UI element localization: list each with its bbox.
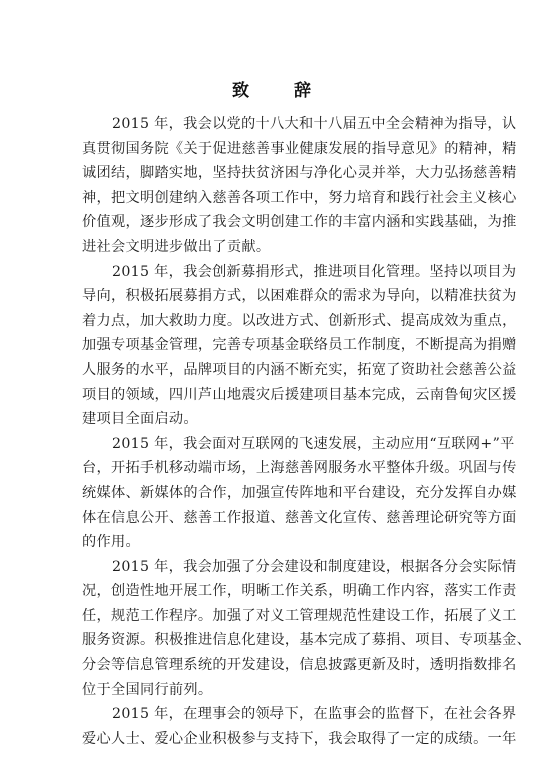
text-line: 进社会文明进步做出了贡献。 xyxy=(82,235,462,260)
text-line: 分会等信息管理系统的开发建设，信息披露更新及时，透明指数排名 xyxy=(82,653,462,678)
text-line: 建项目全面启动。 xyxy=(82,407,462,432)
text-line: 体在信息公开、慈善工作报道、慈善文化宣传、慈善理论研究等方面 xyxy=(82,506,462,531)
document-page: 致 辞 2015 年，我会以党的十八大和十八届五中全会精神为指导，认 真贯彻国务… xyxy=(0,0,543,768)
text-line: 项目的领域，四川芦山地震灾后援建项目基本完成，云南鲁甸灾区援 xyxy=(82,383,462,408)
text-line: 神，把文明创建纳入慈善各项工作中，努力培育和践行社会主义核心 xyxy=(82,186,462,211)
page-number: 2 xyxy=(0,709,543,718)
text-line: 加强专项基金管理，完善专项基金联络员工作制度，不断提高为捐赠 xyxy=(82,333,462,358)
text-line: 服务资源。积极推进信息化建设，基本完成了募捐、项目、专项基金、 xyxy=(82,628,462,653)
text-line: 的作用。 xyxy=(82,530,462,555)
text-line: 诚团结，脚踏实地，坚持扶贫济困与净化心灵并举，大力弘扬慈善精 xyxy=(82,161,462,186)
text-line: 位于全国同行前列。 xyxy=(82,678,462,703)
text-line: 2015 年，我会以党的十八大和十八届五中全会精神为指导，认 xyxy=(82,112,462,137)
document-body: 2015 年，我会以党的十八大和十八届五中全会精神为指导，认 真贯彻国务院《关于… xyxy=(82,112,462,751)
text-line: 爱心人士、爱心企业积极参与支持下，我会取得了一定的成绩。一年 xyxy=(82,727,462,752)
text-line: 2015 年，我会加强了分会建设和制度建设，根据各分会实际情 xyxy=(82,555,462,580)
text-line: 2015 年，我会创新募捐形式，推进项目化管理。坚持以项目为 xyxy=(82,260,462,285)
paragraph-2: 2015 年，我会创新募捐形式，推进项目化管理。坚持以项目为 导向，积极拓展募捐… xyxy=(82,260,462,432)
paragraph-3: 2015 年，我会面对互联网的飞速发展，主动应用“互联网+”平 台，开拓手机移动… xyxy=(82,432,462,555)
text-line: 统媒体、新媒体的合作，加强宣传阵地和平台建设，充分发挥自办媒 xyxy=(82,481,462,506)
text-line: 任，规范工作程序。加强了对义工管理规范性建设工作，拓展了义工 xyxy=(82,604,462,629)
text-line: 真贯彻国务院《关于促进慈善事业健康发展的指导意见》的精神，精 xyxy=(82,137,462,162)
text-line: 价值观，逐步形成了我会文明创建工作的丰富内涵和实践基础，为推 xyxy=(82,210,462,235)
text-line: 人服务的水平，品牌项目的内涵不断充实，拓宽了资助社会慈善公益 xyxy=(82,358,462,383)
text-line: 2015 年，我会面对互联网的飞速发展，主动应用“互联网+”平 xyxy=(82,432,462,457)
text-line: 导向，积极拓展募捐方式，以困难群众的需求为导向，以精准扶贫为 xyxy=(82,284,462,309)
text-line: 况，创造性地开展工作，明晰工作关系，明确工作内容，落实工作责 xyxy=(82,579,462,604)
page-title: 致 辞 xyxy=(0,76,543,101)
text-line: 台，开拓手机移动端市场，上海慈善网服务水平整体升级。巩固与传 xyxy=(82,456,462,481)
paragraph-1: 2015 年，我会以党的十八大和十八届五中全会精神为指导，认 真贯彻国务院《关于… xyxy=(82,112,462,260)
paragraph-4: 2015 年，我会加强了分会建设和制度建设，根据各分会实际情 况，创造性地开展工… xyxy=(82,555,462,703)
text-line: 着力点，加大救助力度。以改进方式、创新形式、提高成效为重点， xyxy=(82,309,462,334)
